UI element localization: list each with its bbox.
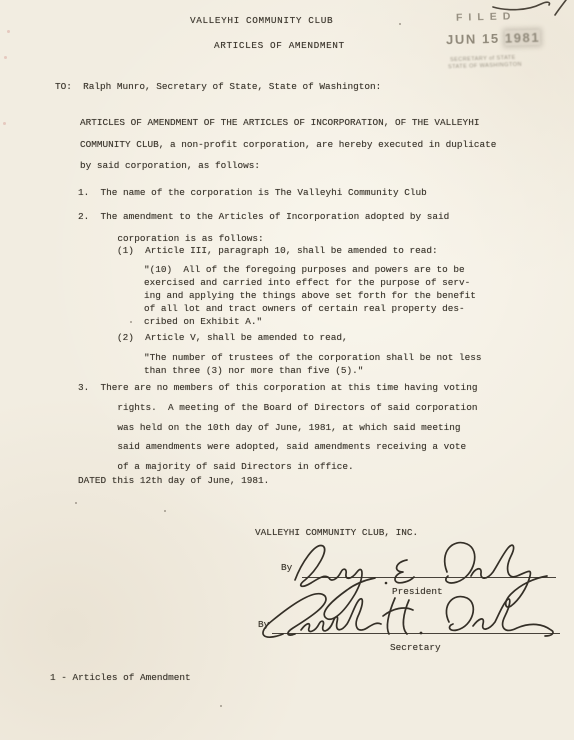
scan-speck <box>75 502 77 504</box>
filed-stamp-office-line2: STATE OF WASHINGTON <box>448 62 522 72</box>
scan-speck <box>4 56 7 59</box>
document-title: VALLEYHI COMMUNITY CLUB <box>190 15 333 26</box>
list-item-1: 1. The name of the corporation is The Va… <box>78 187 427 198</box>
scan-speck <box>7 30 10 33</box>
list-item-3: 3. There are no members of this corporat… <box>78 378 477 477</box>
stamp-date-month-day: JUN 15 <box>446 31 505 48</box>
list-item-2: 2. The amendment to the Articles of Inco… <box>78 206 449 249</box>
scan-speck <box>3 122 6 125</box>
stamp-date-year: 1981 <box>505 30 541 46</box>
filed-stamp-text: FILED <box>456 10 517 24</box>
scan-speck <box>399 23 401 25</box>
scan-speck <box>164 510 166 512</box>
amendment-2-text: "The number of trustees of the corporati… <box>144 351 482 377</box>
dated-line: DATED this 12th day of June, 1981. <box>78 475 269 486</box>
secretary-title: Secretary <box>390 642 441 653</box>
scan-speck <box>130 321 132 323</box>
filed-stamp-date: JUN 15 1981 <box>446 30 541 47</box>
amendment-1-text: "(10) All of the foregoing purposes and … <box>144 263 476 328</box>
scan-speck <box>220 705 222 707</box>
intro-paragraph: ARTICLES OF AMENDMENT OF THE ARTICLES OF… <box>80 112 496 177</box>
scanned-document-page: FILED JUN 15 1981 SECRETARY of STATE STA… <box>0 0 574 740</box>
amendment-1-heading: (1) Article III, paragraph 10, shall be … <box>117 245 438 256</box>
amendment-2-heading: (2) Article V, shall be amended to read, <box>117 332 348 343</box>
copy-note: 1 - Articles of Amendment <box>50 672 191 683</box>
document-subtitle: ARTICLES OF AMENDMENT <box>214 40 345 51</box>
addressee-line: TO: Ralph Munro, Secretary of State, Sta… <box>55 81 381 92</box>
